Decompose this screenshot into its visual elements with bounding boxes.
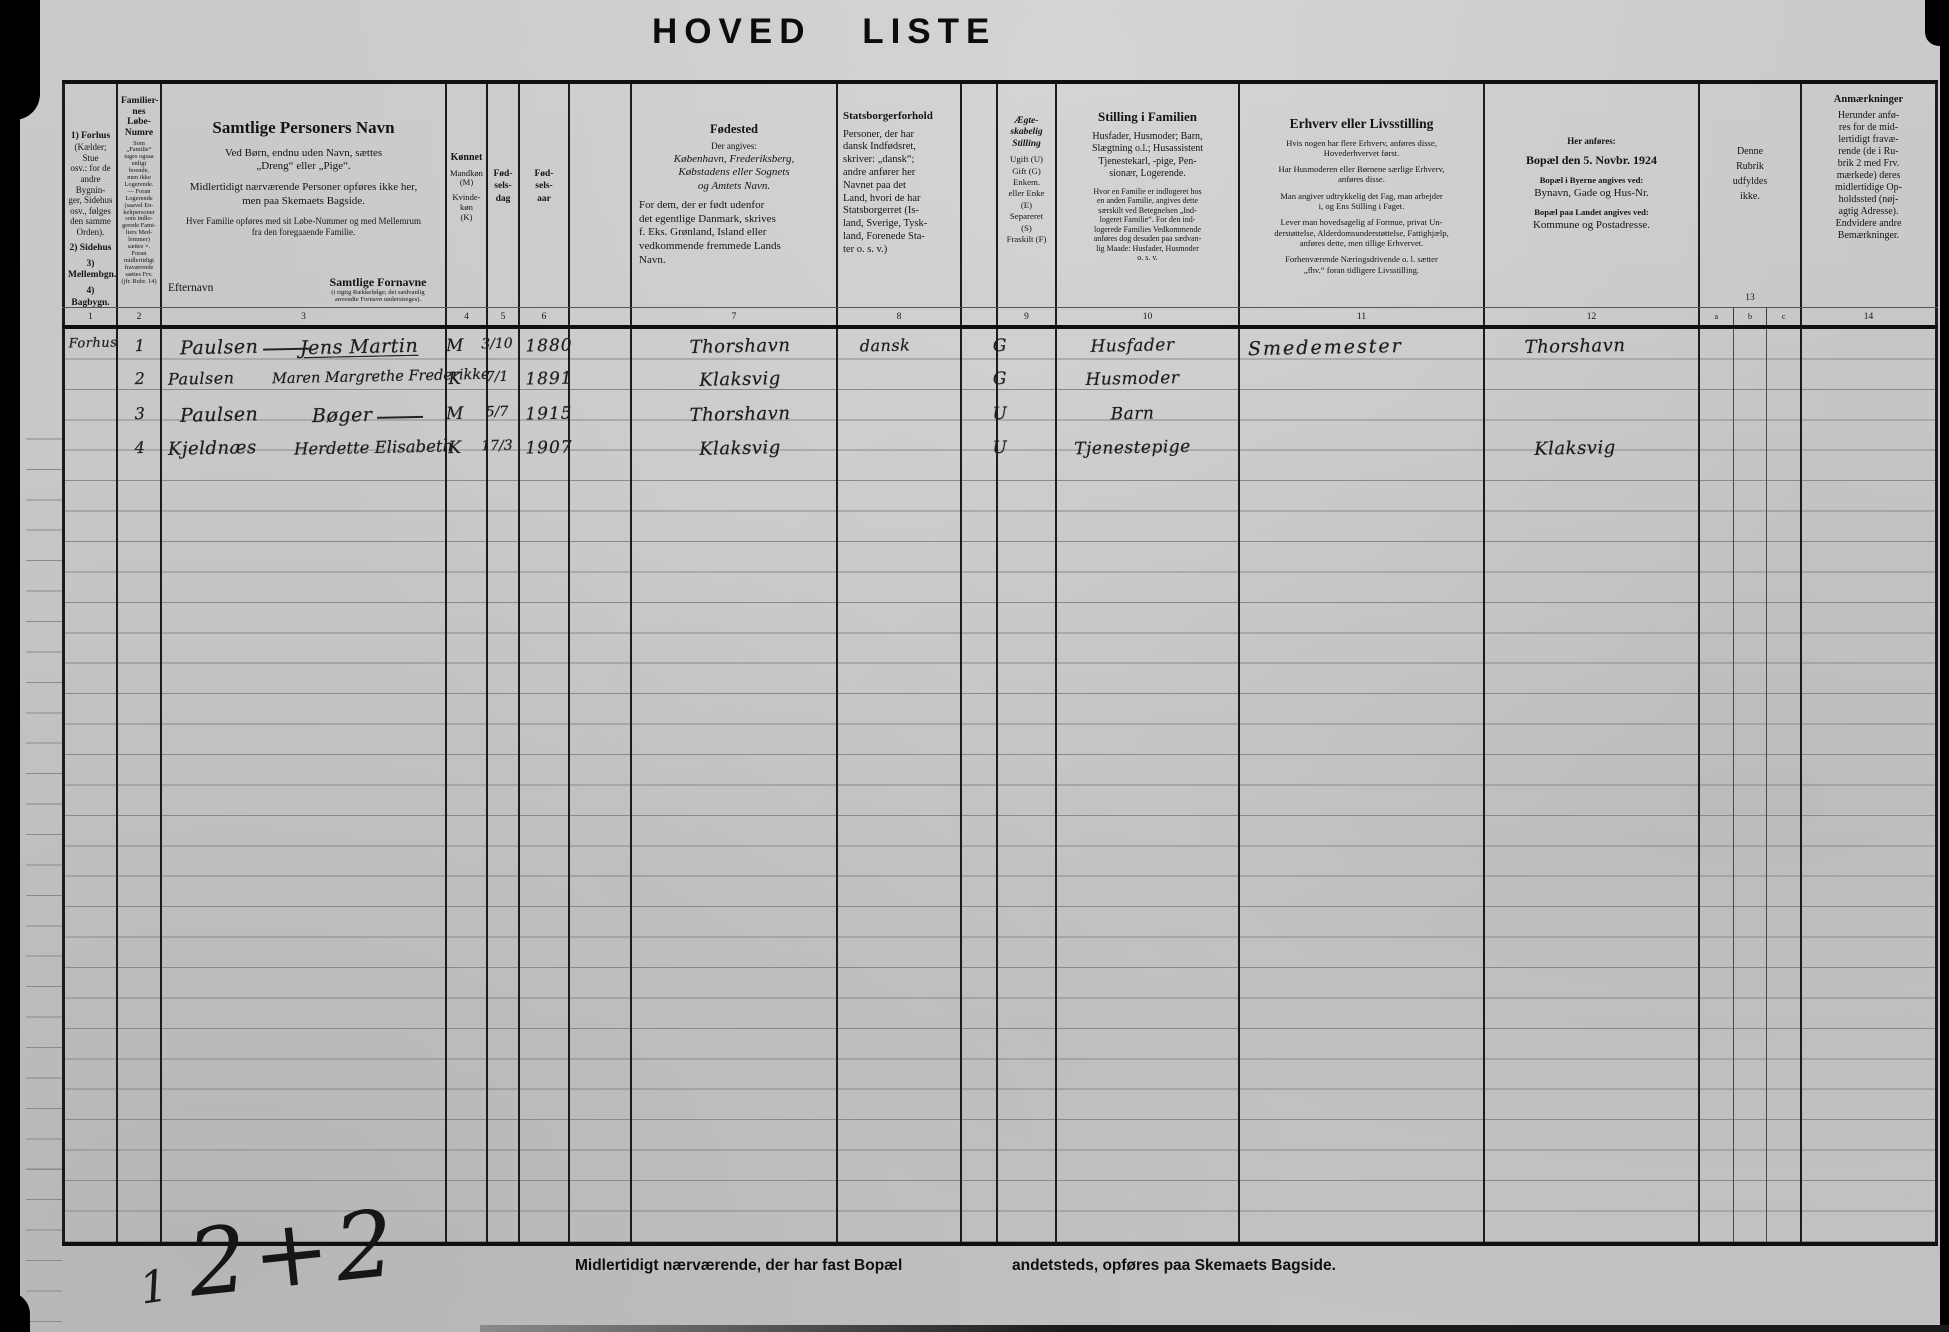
table-header: 1) Forhus (Kælder; Stue osv.: for de and…: [62, 84, 1938, 307]
col-header-birthday: Fød- sels- dag: [488, 84, 520, 307]
names-title: Samtlige Personers Navn: [165, 118, 442, 138]
names-sub-3: Hver Familie opføres med sit Løbe-Nummer…: [165, 216, 442, 239]
column-number-row: 1 2 3 4 5 6 7 8 9 10 11 12 a b c 14: [62, 307, 1938, 329]
col-number-1: 1: [62, 308, 118, 325]
family-position-title: Stilling i Familien: [1060, 110, 1235, 125]
col-number-4: 4: [447, 308, 488, 325]
census-form-scan: HOVED LISTE 1) Forhus (Kælder; Stue osv.…: [0, 0, 1949, 1332]
scan-edge-left-top: [0, 0, 40, 120]
residence-country-note: Bopæl paa Landet angives ved:: [1488, 208, 1695, 218]
col-number-8: 8: [838, 308, 962, 325]
col-header-marital: Ægte- skabelig Stilling Ugift (U) Gift (…: [998, 84, 1057, 307]
table-body: [62, 329, 1938, 1242]
margin-rule-stubs: [26, 409, 62, 1322]
body-col-office-use: [1700, 329, 1802, 1242]
col-header-family-position: Stilling i Familien Husfader, Husmoder; …: [1057, 84, 1240, 307]
residence-town-format: Bynavn, Gade og Hus-Nr.: [1488, 187, 1695, 200]
col-number-11: 11: [1240, 308, 1485, 325]
occupation-para-2: Har Husmoderen eller Børnene særlige Erh…: [1243, 164, 1480, 185]
col-number-14: 14: [1802, 308, 1938, 325]
body-col-number: [118, 329, 162, 1242]
col-number-gutter-1: [570, 308, 632, 325]
family-number-note: Som „Familie“ tages ogsaa enligt boende,…: [121, 141, 157, 286]
col-number-5: 5: [488, 308, 520, 325]
scan-edge-left: [0, 0, 20, 1332]
body-gutter-2: [962, 329, 998, 1242]
citizenship-body: Personer, der har dansk Indfødsret, skri…: [843, 129, 956, 257]
census-table: 1) Forhus (Kælder; Stue osv.: for de and…: [62, 80, 1938, 1246]
body-col-birthplace: [632, 329, 838, 1242]
handwritten-mark: 1: [137, 1260, 172, 1314]
body-col-family-position: [1057, 329, 1240, 1242]
scan-edge-right-top: [1925, 0, 1949, 46]
building-item-1: 1) Forhus: [68, 131, 113, 142]
family-position-body-2: Hvor en Familie er indlogeret hos en and…: [1060, 187, 1235, 263]
firstnames-label: Samtlige Fornavne: [312, 276, 444, 290]
occupation-para-4: Lever man hovedsagelig af Formue, privat…: [1243, 217, 1480, 248]
col-number-7: 7: [632, 308, 838, 325]
office-use-subdividers: [1700, 329, 1800, 1242]
surname-label: Efternavn: [168, 282, 213, 295]
residence-country-format: Kommune og Postadresse.: [1488, 219, 1695, 232]
col-number-10: 10: [1057, 308, 1240, 325]
col-header-names: Samtlige Personers Navn Ved Børn, endnu …: [162, 84, 447, 307]
remarks-title: Anmærkninger: [1805, 94, 1932, 106]
occupation-para-3: Man angiver udtrykkelig det Fag, man arb…: [1243, 191, 1480, 212]
building-item-2: 2) Sidehus: [68, 243, 113, 254]
birthyear-title: Fød- sels- aar: [523, 168, 565, 205]
col-number-gutter-2: [962, 308, 998, 325]
col13-sub-b: b: [1734, 308, 1768, 325]
footer-note-right: andetsteds, opføres paa Skemaets Bagside…: [1012, 1257, 1336, 1275]
occupation-para-5: Forhenværende Næringsdrivende o. l. sætt…: [1243, 254, 1480, 275]
body-col-citizenship: [838, 329, 962, 1242]
names-sub-2: Midlertidigt nærværende Personer opføres…: [165, 181, 442, 209]
body-col-building: [62, 329, 118, 1242]
sex-female-label: Kvinde- køn (K): [450, 193, 483, 223]
names-sub-1: Ved Børn, endnu uden Navn, sættes „Dreng…: [165, 147, 442, 175]
body-gutter-1: [570, 329, 632, 1242]
col-header-residence: Her anføres: Bopæl den 5. Novbr. 1924 Bo…: [1485, 84, 1700, 307]
handwritten-tally: 2+2: [183, 1189, 405, 1318]
col-header-birthplace: Fødested Der angives: København, Frederi…: [632, 84, 838, 307]
col-header-citizenship: Statsborgerforhold Personer, der har dan…: [838, 84, 962, 307]
col-number-12: 12: [1485, 308, 1700, 325]
birthplace-sub-3: For dem, der er født udenfor det egentli…: [635, 199, 833, 268]
body-col-birthday: [488, 329, 520, 1242]
birthplace-sub-1: Der angives:: [635, 141, 833, 151]
col-header-family-number: Familier- nes Løbe- Numre Som „Familie“ …: [118, 84, 162, 307]
occupation-title: Erhverv eller Livsstilling: [1243, 116, 1480, 132]
office-use-text: Denne Rubrik udfyldes ikke.: [1703, 144, 1797, 204]
col-number-9: 9: [998, 308, 1057, 325]
sex-male-label: Mandkøn (M): [450, 169, 483, 189]
residence-pre-label: Her anføres:: [1488, 136, 1695, 146]
firstnames-label-block: Samtlige Fornavne (i rigtig Rækkefølge; …: [312, 276, 444, 304]
marital-body: Ugift (U) Gift (G) Enkem. eller Enke (E)…: [1001, 154, 1052, 245]
building-note: (Kælder; Stue osv.: for de andre Bygnin-…: [68, 142, 113, 237]
col-number-13-abc: a b c: [1700, 308, 1802, 325]
col-number-3: 3: [162, 308, 447, 325]
marital-title: Ægte- skabelig Stilling: [1001, 116, 1052, 150]
body-col-remarks: [1802, 329, 1938, 1242]
col-header-sex: Kønnet Mandkøn (M) Kvinde- køn (K): [447, 84, 488, 307]
body-col-occupation: [1240, 329, 1485, 1242]
body-col-residence: [1485, 329, 1700, 1242]
residence-title: Bopæl den 5. Novbr. 1924: [1488, 154, 1695, 168]
col-header-building: 1) Forhus (Kælder; Stue osv.: for de and…: [62, 84, 118, 307]
scan-edge-right: [1940, 0, 1949, 1332]
building-item-4: 4) Bagbygn.: [68, 286, 113, 307]
body-col-sex: [447, 329, 488, 1242]
col-header-office-use: Denne Rubrik udfyldes ikke. 13: [1700, 84, 1802, 307]
scan-edge-bottom: [480, 1325, 1949, 1332]
building-item-3: 3) Mellembgn.: [68, 259, 113, 281]
body-col-names: [162, 329, 447, 1242]
col-header-remarks: Anmærkninger Herunder anfø- res for de m…: [1802, 84, 1938, 307]
footer-note-left: Midlertidigt nærværende, der har fast Bo…: [575, 1257, 902, 1275]
col-number-2: 2: [118, 308, 162, 325]
col13-sub-c: c: [1767, 308, 1800, 325]
gutter-column-2: [962, 84, 998, 307]
col-header-occupation: Erhverv eller Livsstilling Hvis nogen ha…: [1240, 84, 1485, 307]
body-col-birthyear: [520, 329, 570, 1242]
birthplace-sub-2: København, Frederiksberg, Købstadens ell…: [635, 153, 833, 194]
birthday-title: Fød- sels- dag: [491, 168, 515, 205]
remarks-body: Herunder anfø- res for de mid- lertidigt…: [1805, 110, 1932, 242]
col-number-6: 6: [520, 308, 570, 325]
col-header-birthyear: Fød- sels- aar: [520, 84, 570, 307]
birthplace-title: Fødested: [635, 122, 833, 136]
family-number-title: Familier- nes Løbe- Numre: [121, 96, 157, 139]
gutter-column-1: [570, 84, 632, 307]
occupation-para-1: Hvis nogen har flere Erhverv, anføres di…: [1243, 138, 1480, 159]
body-col-marital: [998, 329, 1057, 1242]
residence-town-note: Bopæl i Byerne angives ved:: [1488, 176, 1695, 186]
family-position-body-1: Husfader, Husmoder; Barn, Slægtning o.l.…: [1060, 131, 1235, 181]
page-title: HOVED LISTE: [652, 12, 996, 52]
col13-number: 13: [1700, 291, 1800, 305]
firstnames-note: (i rigtig Rækkefølge; det sædvanlig anve…: [312, 290, 444, 304]
col13-sub-a: a: [1700, 308, 1734, 325]
sex-title: Kønnet: [450, 152, 483, 164]
citizenship-title: Statsborgerforhold: [843, 110, 956, 123]
